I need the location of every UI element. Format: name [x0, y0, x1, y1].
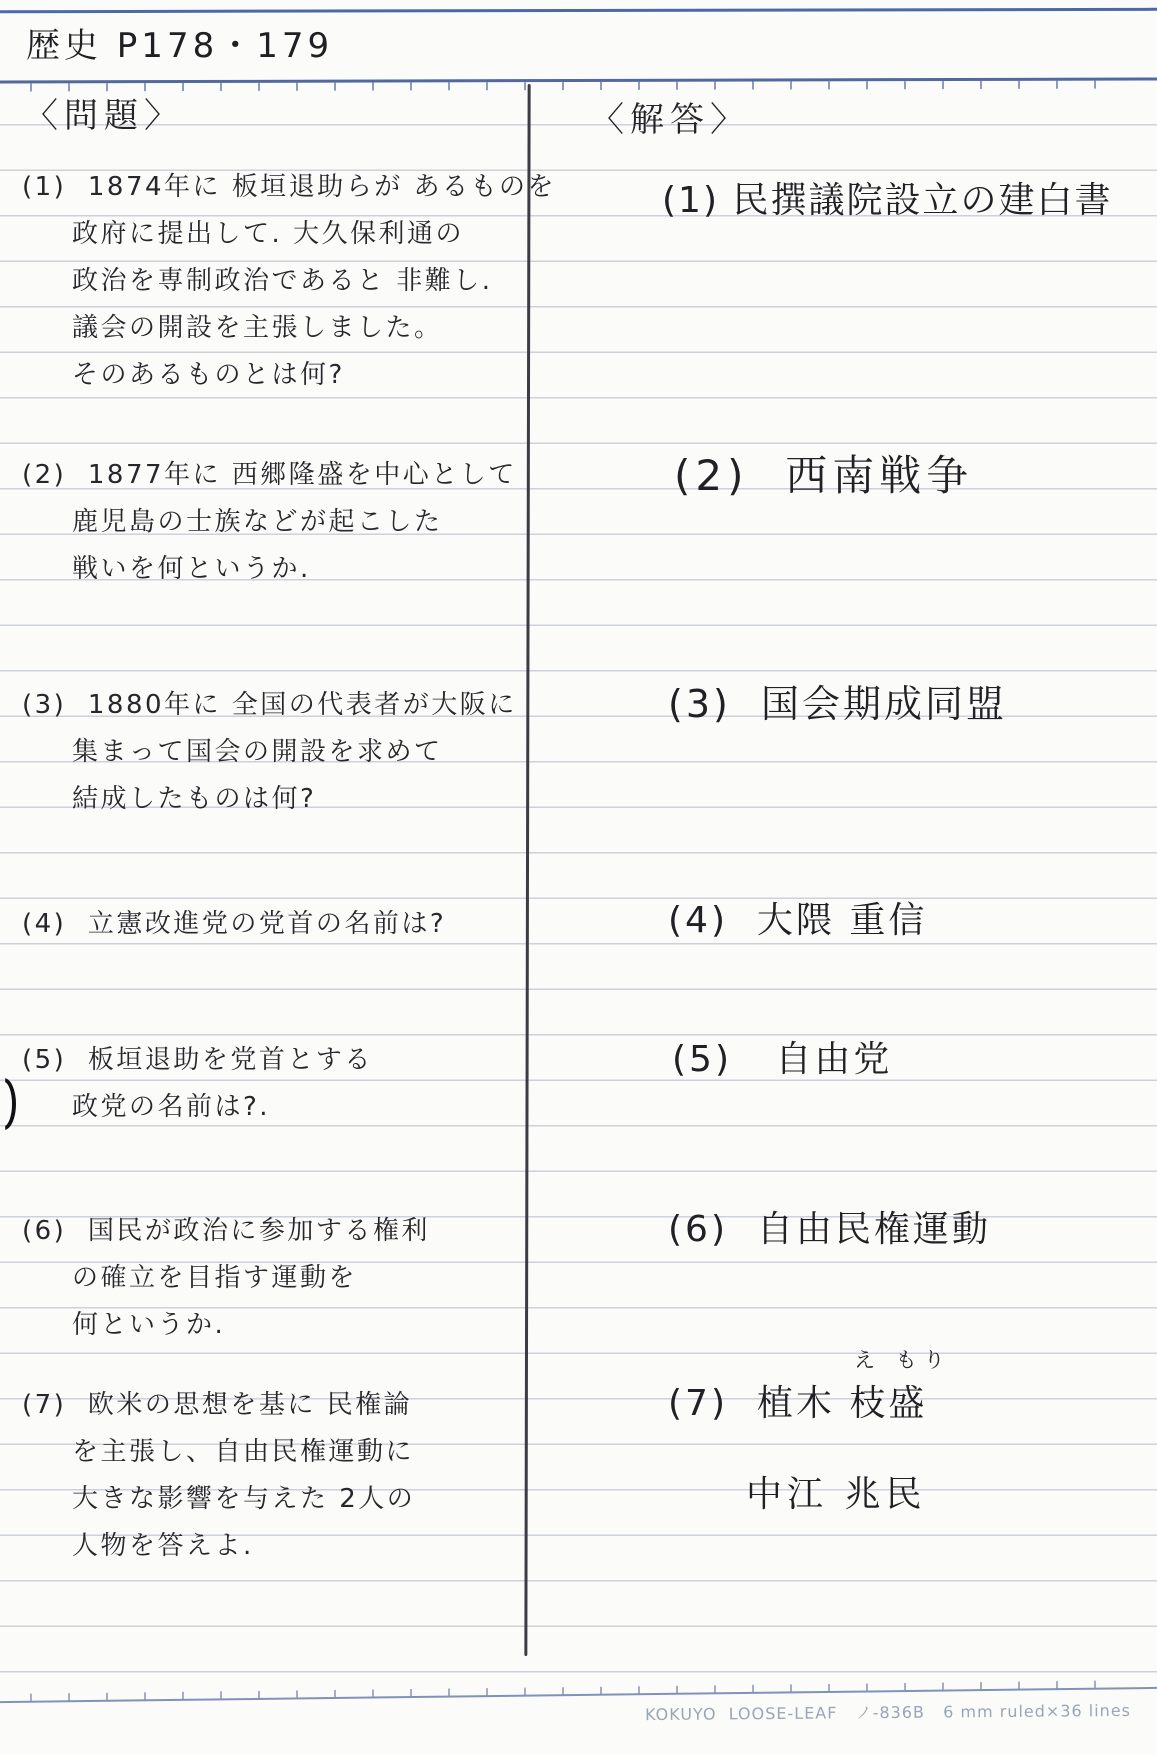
question-7-line: 人物を答えよ.	[72, 1523, 415, 1570]
question-5: (5) 板垣退助を党首とする 政党の名前は?.	[22, 1037, 373, 1131]
question-5-line: (5) 板垣退助を党首とする	[22, 1037, 373, 1084]
question-1-line: 政治を専制政治であると 非難し.	[72, 258, 556, 305]
answer-2: (2) 西南戦争	[674, 443, 973, 503]
question-1-line: 政府に提出して. 大久保利通の	[72, 211, 556, 258]
questions-column-header: 〈問題〉	[24, 88, 184, 137]
question-1-line: 議会の開設を主張しました。	[72, 305, 556, 352]
answers-column-header: 〈解答〉	[590, 92, 750, 141]
loose-leaf-page: 歴史 P178・179 〈問題〉 〈解答〉 (1) 1874年に 板垣退助らが …	[0, 0, 1157, 1755]
paper-brand-text: KOKUYO LOOSE-LEAF ノ-836B 6 mm ruled×36 l…	[645, 1698, 1131, 1725]
answer-7: (7) 植木 枝盛	[668, 1375, 927, 1426]
question-7: (7) 欧米の思想を基に 民権論 を主張し、自由民権運動に 大きな影響を与えた …	[22, 1382, 415, 1570]
question-3: (3) 1880年に 全国の代表者が大阪に 集まって国会の開設を求めて 結成した…	[22, 682, 517, 823]
answer-5: (5) 自由党	[672, 1031, 892, 1082]
question-1-line: そのあるものとは何?	[72, 352, 556, 399]
answer-6: (6) 自由民権運動	[668, 1201, 991, 1252]
answer-7-second-name: 中江 兆民	[746, 1466, 926, 1517]
answer-3: (3) 国会期成同盟	[668, 673, 1007, 728]
question-4: (4) 立憲改進党の党首の名前は?	[22, 901, 446, 948]
question-6-line: 何というか.	[72, 1302, 430, 1349]
question-2-line: 戦いを何というか.	[72, 546, 517, 593]
answer-7-furigana: え もり	[854, 1344, 952, 1374]
question-3-line: 結成したものは何?	[72, 776, 517, 823]
answer-4: (4) 大隈 重信	[668, 892, 927, 943]
question-6-line: の確立を目指す運動を	[72, 1255, 430, 1302]
pen-mark	[0, 1078, 16, 1130]
question-2-line: (2) 1877年に 西郷隆盛を中心として	[22, 452, 517, 499]
question-6-line: (6) 国民が政治に参加する権利	[22, 1208, 430, 1255]
question-3-line: (3) 1880年に 全国の代表者が大阪に	[22, 682, 517, 729]
header-tick-marks	[30, 81, 1130, 92]
question-4-line: (4) 立憲改進党の党首の名前は?	[22, 901, 446, 948]
question-6: (6) 国民が政治に参加する権利 の確立を目指す運動を 何というか.	[22, 1208, 430, 1349]
page-title: 歴史 P178・179	[26, 18, 333, 67]
question-3-line: 集まって国会の開設を求めて	[72, 729, 517, 776]
answer-1: (1) 民撰議院設立の建白書	[662, 172, 1112, 223]
question-5-line: 政党の名前は?.	[72, 1084, 373, 1131]
question-7-line: (7) 欧米の思想を基に 民権論	[22, 1382, 415, 1429]
question-2-line: 鹿児島の士族などが起こした	[72, 499, 517, 546]
question-7-line: 大きな影響を与えた 2人の	[72, 1476, 415, 1523]
question-2: (2) 1877年に 西郷隆盛を中心として 鹿児島の士族などが起こした 戦いを何…	[22, 452, 517, 593]
question-1-line: (1) 1874年に 板垣退助らが あるものを	[22, 164, 556, 211]
question-7-line: を主張し、自由民権運動に	[72, 1429, 415, 1476]
question-1: (1) 1874年に 板垣退助らが あるものを 政府に提出して. 大久保利通の …	[22, 164, 556, 399]
top-edge-rule	[0, 8, 1157, 13]
